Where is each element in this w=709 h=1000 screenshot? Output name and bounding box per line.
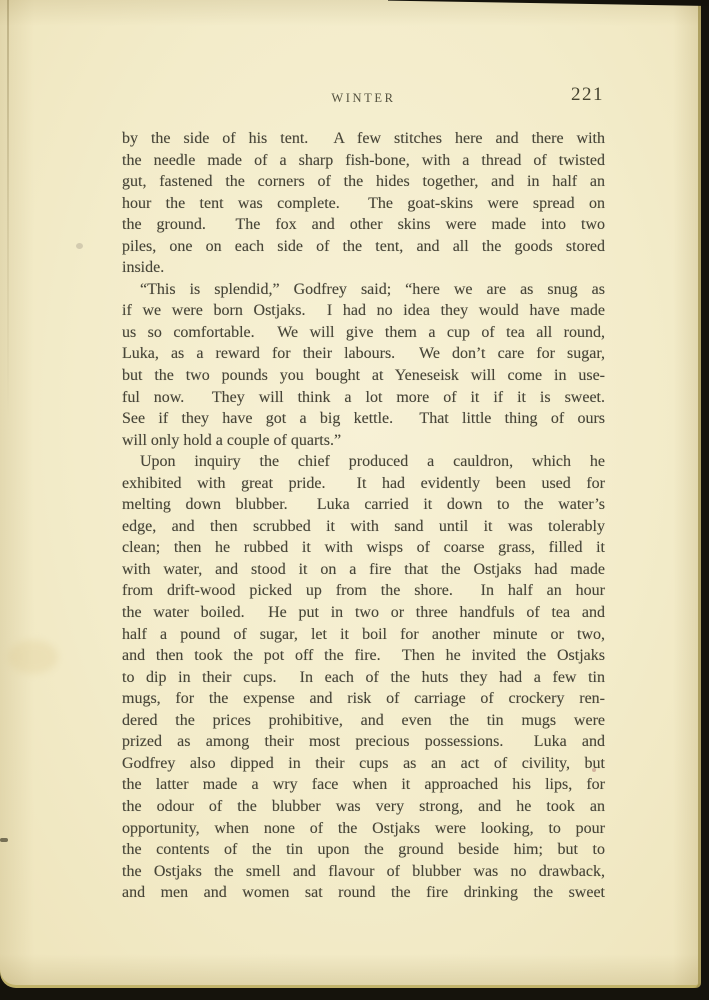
text-line: to dip in their cups. In each of the hut… [122,667,605,689]
text-line: melting down blubber. Luka carried it do… [122,494,605,516]
page-stain [8,640,58,674]
text-line: the ground. The fox and other skins were… [122,214,605,236]
text-line: Upon inquiry the chief produced a cauldr… [122,451,605,473]
text-line: edge, and then scrubbed it with sand unt… [122,516,605,538]
text-line: by the side of his tent. A few stitches … [122,128,605,150]
text-line: Godfrey also dipped in their cups as an … [122,753,605,775]
text-line: See if they have got a big kettle. That … [122,408,605,430]
text-line: exhibited with great pride. It had evide… [122,473,605,495]
text-line: will only hold a couple of quarts.” [122,430,605,452]
page-number: 221 [571,84,604,106]
text-line: inside. [122,257,605,279]
page-surface: WINTER 221 by the side of his tent. A fe… [0,0,701,988]
text-line: prized as among their most precious poss… [122,731,605,753]
text-line: and then took the pot off the fire. Then… [122,645,605,667]
page-stain [76,243,83,249]
text-line: dered the prices prohibitive, and even t… [122,710,605,732]
text-line: the water boiled. He put in two or three… [122,602,605,624]
text-line: piles, one on each side of the tent, and… [122,236,605,258]
text-line: mugs, for the expense and risk of carria… [122,688,605,710]
scanned-book-page: WINTER 221 by the side of his tent. A fe… [0,0,709,1000]
text-line: half a pound of sugar, let it boil for a… [122,624,605,646]
text-line: hour the tent was complete. The goat-ski… [122,193,605,215]
body-text: by the side of his tent. A few stitches … [122,128,605,904]
text-line: ful now. They will think a lot more of i… [122,387,605,409]
text-line: the needle made of a sharp fish-bone, wi… [122,150,605,172]
text-line: gut, fastened the corners of the hides t… [122,171,605,193]
text-line: opportunity, when none of the Ostjaks we… [122,818,605,840]
text-line: the odour of the blubber was very strong… [122,796,605,818]
text-line: “This is splendid,” Godfrey said; “here … [122,279,605,301]
page-stain [592,768,596,772]
text-line: us so comfortable. We will give them a c… [122,322,605,344]
page-stain [0,838,8,842]
text-line: and men and women sat round the fire dri… [122,882,605,904]
text-line: from drift-wood picked up from the shore… [122,580,605,602]
text-line: if we were born Ostjaks. I had no idea t… [122,300,605,322]
gutter-crease [7,0,9,420]
text-line: with water, and stood it on a fire that … [122,559,605,581]
text-line: clean; then he rubbed it with wisps of c… [122,537,605,559]
running-header-title: WINTER [331,91,395,106]
text-line: the contents of the tin upon the ground … [122,839,605,861]
text-line: Luka, as a reward for their labours. We … [122,343,605,365]
running-header: WINTER 221 [122,84,605,110]
text-line: but the two pounds you bought at Yenesei… [122,365,605,387]
text-line: the Ostjaks the smell and flavour of blu… [122,861,605,883]
text-line: the latter made a wry face when it appro… [122,774,605,796]
